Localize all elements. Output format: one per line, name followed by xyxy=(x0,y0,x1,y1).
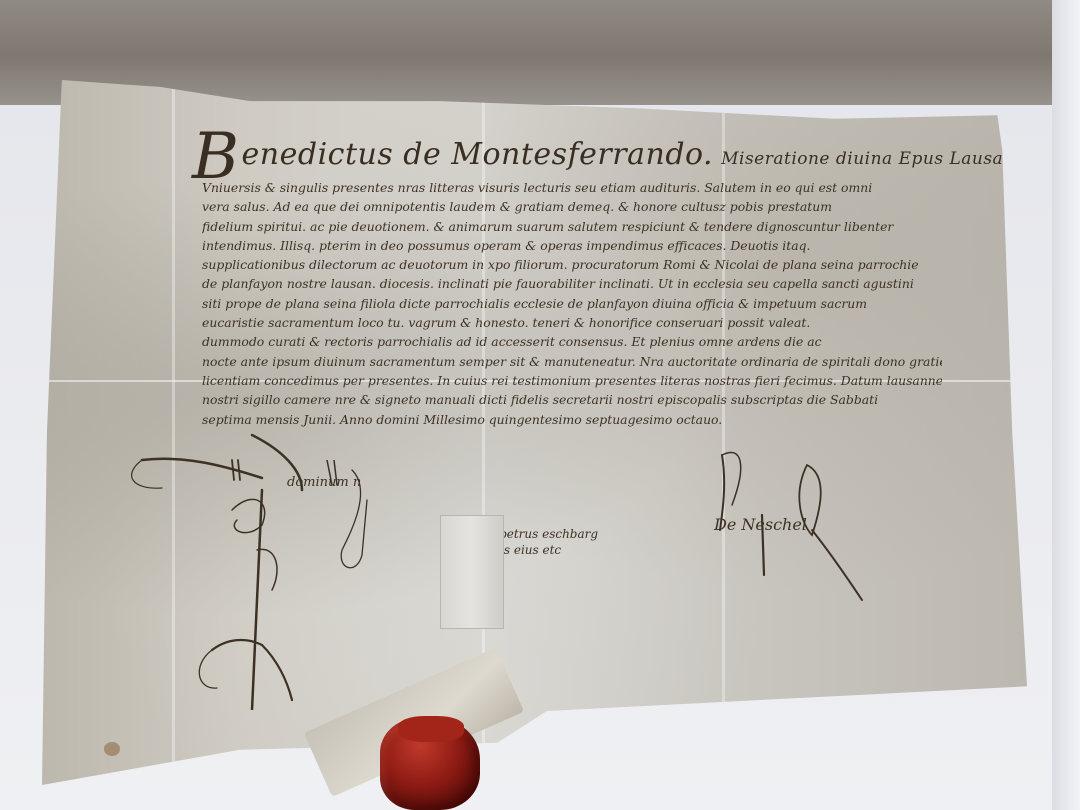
text-line: eucaristie sacramentum loco tu. vagrum &… xyxy=(202,313,942,332)
charter-text: Vniuersis & singulis presentes nras litt… xyxy=(202,178,942,429)
text-line: de planfayon nostre lausan. diocesis. in… xyxy=(202,274,942,293)
text-line: Vniuersis & singulis presentes nras litt… xyxy=(202,178,942,197)
parchment-document: Benedictus de Montesferrando.Miseratione… xyxy=(42,80,1032,785)
folder-edge xyxy=(1052,0,1080,810)
text-line: fidelium spiritui. ac pie deuotionem. & … xyxy=(202,217,942,236)
text-line: licentiam concedimus per presentes. In c… xyxy=(202,371,942,390)
seal-tag xyxy=(440,515,504,629)
heading-name: enedictus de Montesferrando. xyxy=(242,137,714,172)
text-line: siti prope de plana seina filiola dicte … xyxy=(202,294,942,313)
text-line: nocte ante ipsum diuinum sacramentum sem… xyxy=(202,352,942,371)
text-line: septima mensis Junii. Anno domini Milles… xyxy=(202,410,942,429)
text-line: intendimus. Illisq. pterim in deo possum… xyxy=(202,236,942,255)
notarial-monogram-icon xyxy=(122,430,342,710)
wax-seal-top xyxy=(398,716,464,742)
text-line: nostri sigillo camere nre & signeto manu… xyxy=(202,390,942,409)
text-line: vera salus. Ad ea que dei omnipotentis l… xyxy=(202,197,942,216)
text-line: supplicationibus dilectorum ac deuotorum… xyxy=(202,255,942,274)
margin-annotation: dominum n xyxy=(287,475,361,490)
signature: De Neschel xyxy=(714,515,807,534)
text-line: dummodo curati & rectoris parrochialis a… xyxy=(202,332,942,351)
stain xyxy=(104,742,120,756)
